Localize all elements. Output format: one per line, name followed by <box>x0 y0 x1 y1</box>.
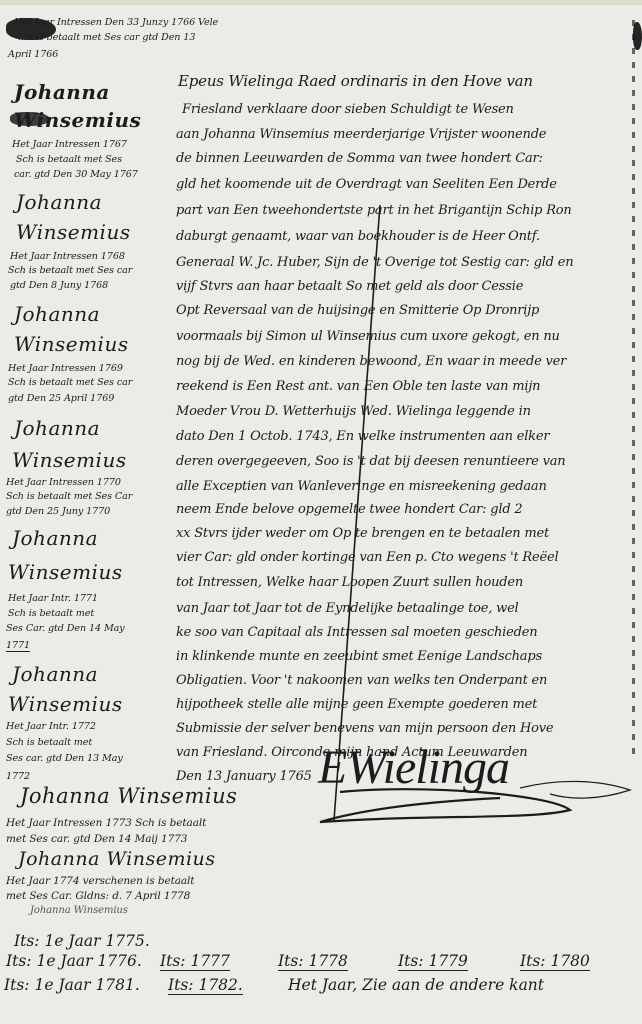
receipt-line: Het Jaar Intr. 1772 <box>6 722 96 732</box>
margin-name: Johanna <box>16 192 102 212</box>
receipt-line: Sch is betaalt met <box>6 738 92 748</box>
margin-name: Winsemius <box>8 562 123 582</box>
text-line: Opt Reversaal van de huijsinge en Smitte… <box>176 304 539 317</box>
footer-payment: Its: 1e Jaar 1781. <box>4 978 140 994</box>
margin-name: Johanna <box>14 418 100 438</box>
margin-name: Johanna <box>14 82 110 102</box>
lower-name: Johanna Winsemius <box>20 786 237 807</box>
text-line: aan Johanna Winsemius meerderjarige Vrij… <box>176 128 546 141</box>
footer-payment: Its: 1e Jaar 1776. <box>6 954 142 970</box>
receipt-line: Het Jaar Intressen 1767 <box>12 140 127 150</box>
receipt-line: Het Jaar Intr. 1771 <box>8 594 98 604</box>
receipt-line: Het Jaar 1774 verschenen is betaalt <box>6 876 194 887</box>
top-header-line: ...n is betaalt met Ses car gtd Den 13 <box>18 33 195 43</box>
footer-line: Its: 1e Jaar 1775. <box>14 934 150 950</box>
lower-name: Johanna Winsemius <box>18 850 216 869</box>
top-header-line: Het Jaar Intressen Den 33 Junzy 1766 Vel… <box>14 18 218 28</box>
margin-name: Johanna <box>12 528 98 548</box>
receipt-line: met Ses car. gtd Den 14 Maij 1773 <box>6 834 187 845</box>
text-line: Generaal W. Jc. Huber, Sijn de 't Overig… <box>176 256 573 269</box>
document-page: Het Jaar Intressen Den 33 Junzy 1766 Vel… <box>0 0 642 1024</box>
margin-name: Winsemius <box>8 694 123 714</box>
receipt-line: Johanna Winsemius <box>30 906 128 916</box>
top-header-line: April 1766 <box>8 50 58 60</box>
text-line: ke soo van Capitaal als Intressen sal mo… <box>176 626 537 639</box>
text-line: neem Ende belove opgemelte twee hondert … <box>176 503 522 516</box>
margin-name: Johanna <box>14 304 100 324</box>
receipt-line: met Ses Car. Gldns: d. 7 April 1778 <box>6 891 190 902</box>
text-line-opening: Epeus Wielinga Raed ordinaris in den Hov… <box>178 74 533 89</box>
receipt-line: gtd Den 25 April 1769 <box>8 394 114 404</box>
signature-flourish <box>300 770 640 830</box>
footer-payment: Its: 1777 <box>160 954 230 971</box>
text-line: de binnen Leeuwarden de Somma van twee h… <box>176 152 543 165</box>
text-line: vier Car: gld onder kortinge van Een p. … <box>176 551 558 564</box>
ink-blot <box>633 22 642 50</box>
footer-payment: Its: 1778 <box>278 954 348 971</box>
margin-name: Winsemius <box>14 334 129 354</box>
footer-payment: Its: 1779 <box>398 954 468 971</box>
footer-payment: Its: 1782. <box>168 978 243 995</box>
text-line: Moeder Vrou D. Wetterhuijs Wed. Wielinga… <box>176 405 531 418</box>
receipt-line: Sch is betaalt met Ses Car <box>6 492 132 502</box>
margin-name: Winsemius <box>16 222 131 242</box>
scan-edge <box>0 0 642 5</box>
text-line-date: Den 13 January 1765 <box>176 770 312 783</box>
footer-note: Het Jaar, Zie aan de andere kant <box>288 978 544 994</box>
text-line: alle Exceptien van Wanleveringe en misre… <box>176 480 547 493</box>
receipt-line: gtd Den 25 Juny 1770 <box>6 507 110 517</box>
receipt-line: 1772 <box>6 772 30 782</box>
receipt-line: car. gtd Den 30 May 1767 <box>14 170 138 180</box>
receipt-line: Sch is betaalt met Ses <box>16 155 122 165</box>
footer-payment: Its: 1780 <box>520 954 590 971</box>
margin-name: Johanna <box>12 664 98 684</box>
margin-name: Winsemius <box>14 110 141 130</box>
receipt-line: Sch is betaalt met Ses car <box>8 378 132 388</box>
text-line: Obligatien. Voor 't nakoomen van welks t… <box>176 674 547 687</box>
text-line: gld het koomende uit de Overdragt van Se… <box>176 178 557 191</box>
text-line: Submissie der selver benevens van mijn p… <box>176 722 553 735</box>
text-line: voormaals bij Simon ul Winsemius cum uxo… <box>176 330 560 343</box>
receipt-line: Sch is betaalt met Ses car <box>8 266 132 276</box>
receipt-line: Het Jaar Intressen 1768 <box>10 252 125 262</box>
receipt-line: 1771 <box>6 641 30 652</box>
text-line: xx Stvrs ijder weder om Op te brengen en… <box>176 527 549 540</box>
receipt-line: Ses car. gtd Den 13 May <box>6 754 123 764</box>
text-line: van Jaar tot Jaar tot de Eyndelijke beta… <box>176 602 519 615</box>
text-line: tot Intressen, Welke haar Loopen Zuurt s… <box>176 576 523 589</box>
receipt-line: Het Jaar Intressen 1773 Sch is betaalt <box>6 818 206 829</box>
receipt-line: Sch is betaalt met <box>8 609 94 619</box>
receipt-line: gtd Den 8 Juny 1768 <box>10 281 108 291</box>
page-edge-shadow <box>632 20 635 760</box>
text-line: deren overgegeeven, Soo is 't dat bij de… <box>176 455 565 468</box>
receipt-line: Ses Car. gtd Den 14 May <box>6 624 125 634</box>
text-line: reekend is Een Rest ant. van Een Oble te… <box>176 380 540 393</box>
text-line: hijpotheek stelle alle mijne geen Exempt… <box>176 698 537 711</box>
text-line: nog bij de Wed. en kinderen bewoond, En … <box>176 355 566 368</box>
text-line: vijf Stvrs aan haar betaalt So met geld … <box>176 280 523 293</box>
text-line: in klinkende munte en zeeubint smet Eeni… <box>176 650 542 663</box>
text-line: daburgt genaamt, waar van boekhouder is … <box>176 230 540 243</box>
margin-name: Winsemius <box>12 450 127 470</box>
receipt-line: Het Jaar Intressen 1770 <box>6 478 121 488</box>
text-line: dato Den 1 Octob. 1743, En welke instrum… <box>176 430 549 443</box>
text-line: Friesland verklaare door sieben Schuldig… <box>182 103 514 116</box>
receipt-line: Het Jaar Intressen 1769 <box>8 364 123 374</box>
text-line: part van Een tweehondertste part in het … <box>176 204 572 217</box>
